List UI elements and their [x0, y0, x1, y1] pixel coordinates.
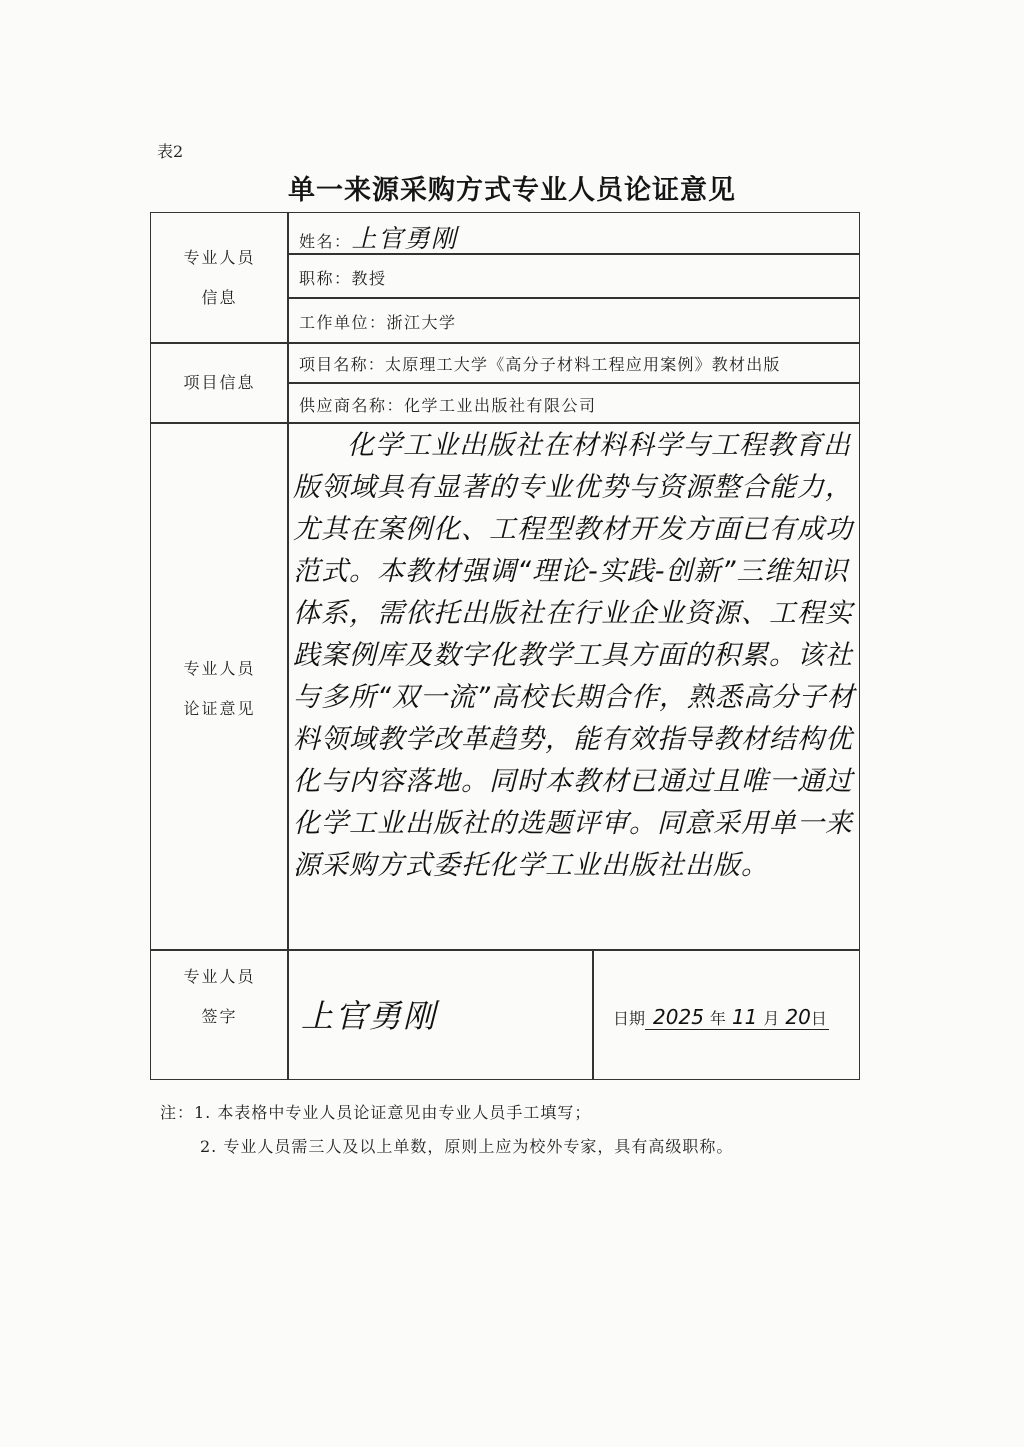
- title-field: 职称：教授: [299, 266, 387, 289]
- row-divider: [287, 297, 860, 299]
- column-divider: [287, 213, 289, 950]
- date-month-unit: 月: [763, 1009, 779, 1028]
- date-year: 2025: [653, 1005, 704, 1029]
- date-day: 20: [785, 1005, 810, 1029]
- section-divider: [151, 342, 860, 344]
- opinion-text: 化学工业出版社在材料科学与工程教育出版领域具有显著的专业优势与资源整合能力，尤其…: [293, 425, 863, 887]
- signature-date: 日期2025年11月20日: [613, 1005, 829, 1030]
- opinion-label: 专业人员 论证意见: [151, 649, 288, 729]
- name-value: 上官勇刚: [352, 224, 458, 253]
- section-divider: [151, 949, 860, 951]
- section-divider: [151, 422, 860, 424]
- notes: 注：1. 本表格中专业人员论证意见由专业人员手工填写； 2. 专业人员需三人及以…: [160, 1096, 733, 1164]
- date-label: 日期: [613, 1009, 645, 1028]
- expert-signature: 上官勇刚: [301, 991, 437, 1037]
- table-label: 表2: [157, 139, 183, 162]
- signature-label: 专业人员 签字: [151, 957, 288, 1037]
- row-divider: [287, 382, 860, 384]
- argument-form-table: 专业人员 信息 姓名：上官勇刚 职称：教授 工作单位：浙江大学 项目信息 项目名…: [150, 212, 860, 1080]
- note-1: 注：1. 本表格中专业人员论证意见由专业人员手工填写；: [160, 1096, 733, 1130]
- date-day-unit: 日: [811, 1009, 827, 1028]
- project-name-field: 项目名称：太原理工大学《高分子材料工程应用案例》教材出版: [299, 352, 781, 375]
- project-info-label: 项目信息: [151, 363, 288, 403]
- name-label: 姓名：: [299, 232, 352, 251]
- supplier-field: 供应商名称：化学工业出版社有限公司: [299, 393, 597, 416]
- page-title: 单一来源采购方式专业人员论证意见: [0, 168, 1024, 207]
- employer-field: 工作单位：浙江大学: [299, 310, 457, 333]
- date-month: 11: [732, 1005, 757, 1029]
- date-year-unit: 年: [710, 1009, 726, 1028]
- name-field: 姓名：上官勇刚: [299, 219, 458, 255]
- note-2: 2. 专业人员需三人及以上单数，原则上应为校外专家，具有高级职称。: [160, 1130, 733, 1164]
- expert-info-label: 专业人员 信息: [151, 238, 288, 318]
- date-underline: 2025年11月20日: [645, 1005, 829, 1030]
- signature-date-divider: [592, 949, 594, 1080]
